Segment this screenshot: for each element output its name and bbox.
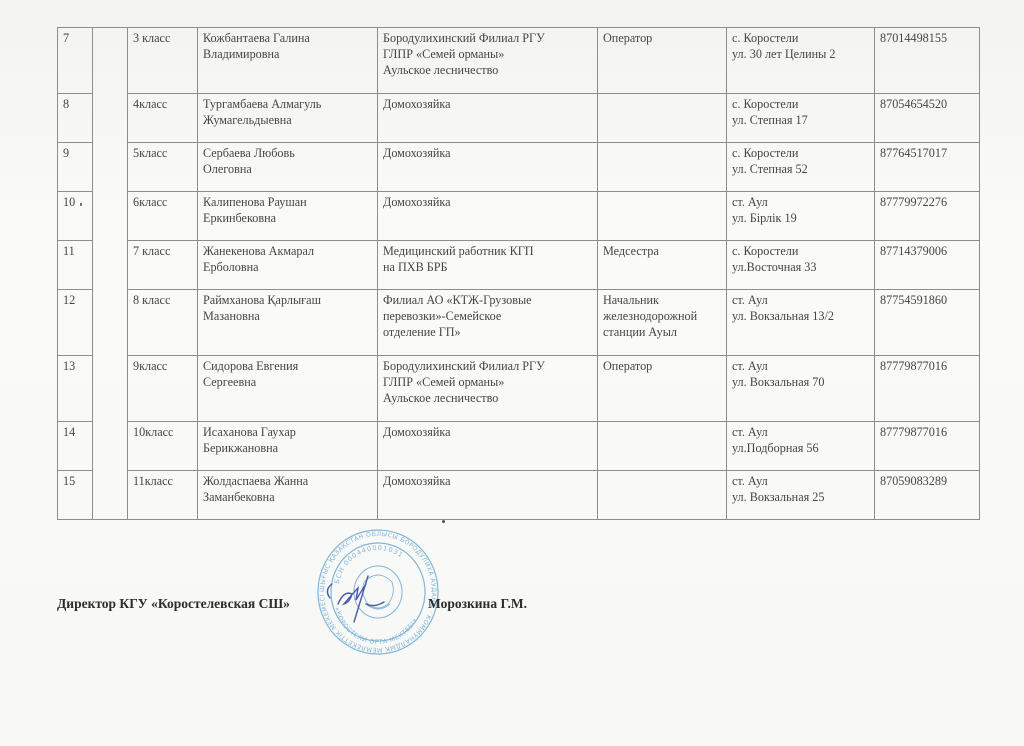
- workplace-cell: Домохозяйка: [378, 471, 598, 520]
- row-number-cell: 7: [58, 28, 93, 94]
- table-row: 84классТургамбаева АлмагульЖумагельдыевн…: [58, 94, 980, 143]
- address-cell: с. Коростелиул. 30 лет Целины 2: [727, 28, 875, 94]
- row-number-cell: 12: [58, 290, 93, 356]
- workplace-cell-line: Бородулихинский Филиал РГУ: [383, 30, 592, 46]
- phone-cell: 87014498155: [875, 28, 980, 94]
- workplace-cell-line: Домохозяйка: [383, 145, 592, 161]
- table-row: 106классКалипенова РаушанЕркинбековнаДом…: [58, 192, 980, 241]
- parent-name-cell: Кожбантаева ГалинаВладимировна: [198, 28, 378, 94]
- address-cell-line: ул. 30 лет Целины 2: [732, 46, 869, 62]
- row-number-cell: 14: [58, 422, 93, 471]
- parent-name-cell: Жолдаспаева ЖаннаЗаманбековна: [198, 471, 378, 520]
- address-cell-line: ул. Вокзальная 70: [732, 374, 869, 390]
- parents-roster-table: 73 классКожбантаева ГалинаВладимировнаБо…: [57, 27, 980, 520]
- address-cell-line: ул. Вокзальная 25: [732, 489, 869, 505]
- phone-cell: 87054654520: [875, 94, 980, 143]
- address-cell-line: с. Коростели: [732, 30, 869, 46]
- parent-name-cell-line: Владимировна: [203, 46, 372, 62]
- parent-name-cell: Калипенова РаушанЕркинбековна: [198, 192, 378, 241]
- parent-name-cell-line: Еркинбековна: [203, 210, 372, 226]
- address-cell-line: ул. Вокзальная 13/2: [732, 308, 869, 324]
- workplace-cell-line: Аульское лесничество: [383, 390, 592, 406]
- row-number-cell: 9: [58, 143, 93, 192]
- table-row: 128 классРаймханова ҚарлығашМазановнаФил…: [58, 290, 980, 356]
- parent-name-cell-line: Сербаева Любовь: [203, 145, 372, 161]
- address-cell-line: ул. Степная 52: [732, 161, 869, 177]
- address-cell-line: ст. Аул: [732, 424, 869, 440]
- parent-name-cell: Тургамбаева АлмагульЖумагельдыевна: [198, 94, 378, 143]
- workplace-cell: Домохозяйка: [378, 94, 598, 143]
- signatory-name: Морозкина Г.М.: [428, 596, 527, 612]
- table-row: 1511классЖолдаспаева ЖаннаЗаманбековнаДо…: [58, 471, 980, 520]
- workplace-cell: Домохозяйка: [378, 192, 598, 241]
- address-cell-line: ул.Восточная 33: [732, 259, 869, 275]
- parent-name-cell-line: Исаханова Гаухар: [203, 424, 372, 440]
- workplace-cell: Филиал АО «КТЖ-Грузовыеперевозки»-Семейс…: [378, 290, 598, 356]
- workplace-cell-line: ГЛПР «Семей орманы»: [383, 374, 592, 390]
- address-cell: с. Коростелиул. Степная 17: [727, 94, 875, 143]
- workplace-cell-line: Филиал АО «КТЖ-Грузовые: [383, 292, 592, 308]
- parent-name-cell-line: Жанекенова Акмарал: [203, 243, 372, 259]
- position-cell: Начальникжелезнодорожнойстанции Ауыл: [598, 290, 727, 356]
- parent-name-cell-line: Берикжановна: [203, 440, 372, 456]
- workplace-cell: Медицинский работник КГПна ПХВ БРБ: [378, 241, 598, 290]
- phone-cell: 87764517017: [875, 143, 980, 192]
- phone-cell: 87779877016: [875, 356, 980, 422]
- position-cell: [598, 192, 727, 241]
- parent-name-cell: Сидорова ЕвгенияСергеевна: [198, 356, 378, 422]
- address-cell: ст. Аулул. Вокзальная 13/2: [727, 290, 875, 356]
- workplace-cell-line: Домохозяйка: [383, 194, 592, 210]
- table-row: 73 классКожбантаева ГалинаВладимировнаБо…: [58, 28, 980, 94]
- address-cell-line: ул. Степная 17: [732, 112, 869, 128]
- workplace-cell-line: на ПХВ БРБ: [383, 259, 592, 275]
- scanned-page: 73 классКожбантаева ГалинаВладимировнаБо…: [0, 0, 1024, 746]
- position-cell: [598, 422, 727, 471]
- workplace-cell: Домохозяйка: [378, 422, 598, 471]
- class-cell: 8 класс: [128, 290, 198, 356]
- scan-speck: [80, 203, 82, 206]
- class-cell: 4класс: [128, 94, 198, 143]
- parent-name-cell-line: Жумагельдыевна: [203, 112, 372, 128]
- workplace-cell-line: Домохозяйка: [383, 96, 592, 112]
- phone-cell: 87779972276: [875, 192, 980, 241]
- class-cell: 5класс: [128, 143, 198, 192]
- address-cell-line: с. Коростели: [732, 96, 869, 112]
- address-cell-line: с. Коростели: [732, 243, 869, 259]
- workplace-cell: Бородулихинский Филиал РГУГЛПР «Семей ор…: [378, 28, 598, 94]
- address-cell: с. Коростелиул. Степная 52: [727, 143, 875, 192]
- position-cell: Оператор: [598, 356, 727, 422]
- parent-name-cell: Жанекенова АкмаралЕрболовна: [198, 241, 378, 290]
- parent-name-cell-line: Тургамбаева Алмагуль: [203, 96, 372, 112]
- class-cell: 6класс: [128, 192, 198, 241]
- row-number-cell: 10: [58, 192, 93, 241]
- parent-name-cell-line: Мазановна: [203, 308, 372, 324]
- parent-name-cell-line: Заманбековна: [203, 489, 372, 505]
- parent-name-cell-line: Раймханова Қарлығаш: [203, 292, 372, 308]
- signatory-title: Директор КГУ «Коростелевская СШ»: [57, 596, 290, 612]
- position-cell-line: Начальник: [603, 292, 721, 308]
- parent-name-cell-line: Калипенова Раушан: [203, 194, 372, 210]
- parent-name-cell: Сербаева ЛюбовьОлеговна: [198, 143, 378, 192]
- parent-name-cell: Исаханова ГаухарБерикжановна: [198, 422, 378, 471]
- table-row: 95классСербаева ЛюбовьОлеговнаДомохозяйк…: [58, 143, 980, 192]
- workplace-cell-line: ГЛПР «Семей орманы»: [383, 46, 592, 62]
- table-row: 1410классИсаханова ГаухарБерикжановнаДом…: [58, 422, 980, 471]
- workplace-cell: Бородулихинский Филиал РГУГЛПР «Семей ор…: [378, 356, 598, 422]
- address-cell-line: с. Коростели: [732, 145, 869, 161]
- position-cell: [598, 471, 727, 520]
- parent-name-cell-line: Олеговна: [203, 161, 372, 177]
- row-number-cell: 8: [58, 94, 93, 143]
- parent-name-cell-line: Кожбантаева Галина: [203, 30, 372, 46]
- scan-dot: [442, 520, 445, 523]
- phone-cell: 87714379006: [875, 241, 980, 290]
- position-cell: Оператор: [598, 28, 727, 94]
- parent-name-cell-line: Жолдаспаева Жанна: [203, 473, 372, 489]
- address-cell-line: ст. Аул: [732, 358, 869, 374]
- workplace-cell-line: Домохозяйка: [383, 424, 592, 440]
- address-cell-line: ст. Аул: [732, 292, 869, 308]
- official-stamp-icon: ШЫҒЫС ҚАЗАҚСТАН ОБЛЫСЫ БОРОДУЛИХА АУДАНЫ…: [316, 528, 440, 656]
- class-cell: 9класс: [128, 356, 198, 422]
- phone-cell: 87779877016: [875, 422, 980, 471]
- workplace-cell: Домохозяйка: [378, 143, 598, 192]
- address-cell: с. Коростелиул.Восточная 33: [727, 241, 875, 290]
- position-cell-line: станции Ауыл: [603, 324, 721, 340]
- address-cell: ст. Аулул.Подборная 56: [727, 422, 875, 471]
- row-number-cell: 13: [58, 356, 93, 422]
- phone-cell: 87754591860: [875, 290, 980, 356]
- merged-blank-column: [93, 28, 128, 520]
- parent-name-cell: Раймханова ҚарлығашМазановна: [198, 290, 378, 356]
- address-cell-line: ст. Аул: [732, 194, 869, 210]
- phone-cell: 87059083289: [875, 471, 980, 520]
- address-cell-line: ул.Подборная 56: [732, 440, 869, 456]
- table-row: 117 классЖанекенова АкмаралЕрболовнаМеди…: [58, 241, 980, 290]
- workplace-cell-line: Бородулихинский Филиал РГУ: [383, 358, 592, 374]
- position-cell: [598, 94, 727, 143]
- workplace-cell-line: Медицинский работник КГП: [383, 243, 592, 259]
- address-cell: ст. Аул ул. Вокзальная 25: [727, 471, 875, 520]
- workplace-cell-line: перевозки»-Семейское: [383, 308, 592, 324]
- address-cell-line: ст. Аул: [732, 473, 869, 489]
- workplace-cell-line: Аульское лесничество: [383, 62, 592, 78]
- parent-name-cell-line: Ерболовна: [203, 259, 372, 275]
- workplace-cell-line: Домохозяйка: [383, 473, 592, 489]
- class-cell: 10класс: [128, 422, 198, 471]
- row-number-cell: 15: [58, 471, 93, 520]
- class-cell: 7 класс: [128, 241, 198, 290]
- class-cell: 11класс: [128, 471, 198, 520]
- table-row: 139классСидорова ЕвгенияСергеевнаБородул…: [58, 356, 980, 422]
- position-cell-line: железнодорожной: [603, 308, 721, 324]
- address-cell: ст. Аулул. Бірлік 19: [727, 192, 875, 241]
- address-cell-line: ул. Бірлік 19: [732, 210, 869, 226]
- row-number-cell: 11: [58, 241, 93, 290]
- position-cell: Медсестра: [598, 241, 727, 290]
- position-cell: [598, 143, 727, 192]
- parent-name-cell-line: Сидорова Евгения: [203, 358, 372, 374]
- class-cell: 3 класс: [128, 28, 198, 94]
- parent-name-cell-line: Сергеевна: [203, 374, 372, 390]
- workplace-cell-line: отделение ГП»: [383, 324, 592, 340]
- address-cell: ст. Аулул. Вокзальная 70: [727, 356, 875, 422]
